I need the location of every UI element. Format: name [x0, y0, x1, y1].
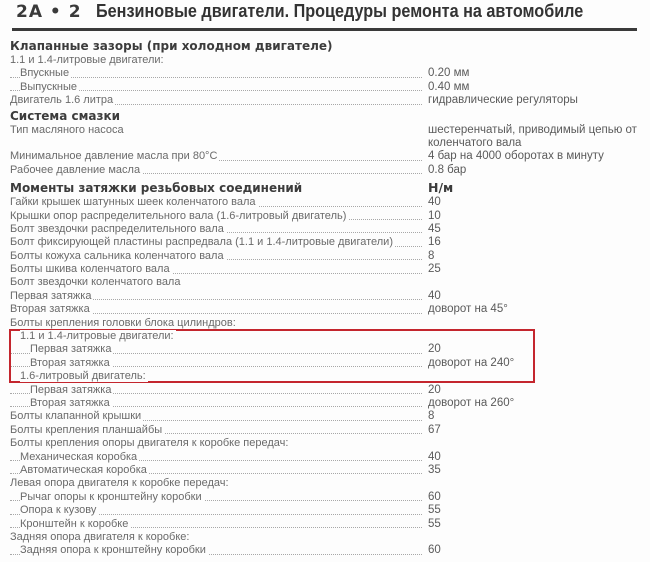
spec-label: Двигатель 1.6 литра [10, 94, 422, 107]
spec-label: Левая опора двигателя к коробке передач: [10, 477, 422, 490]
spec-label: Вторая затяжка [10, 303, 422, 316]
spec-row: Двигатель 1.6 литрагидравлические регуля… [10, 94, 640, 107]
spec-row: Болты кожуха сальника коленчатого вала8 [10, 250, 640, 263]
spec-value: шестеренчатый, приводимый цепью от колен… [428, 124, 643, 151]
spec-row: Задняя опора двигателя к коробке: [10, 531, 640, 544]
spec-row: Крышки опор распределительного вала (1.6… [10, 210, 640, 223]
spec-row: Вторая затяжкадоворот на 240° [10, 357, 640, 370]
spec-value: 60 [428, 544, 441, 557]
valve-clearances-list: 1.1 и 1.4-литровые двигатели:Впускные0.2… [10, 54, 640, 108]
spec-label-text: Вторая затяжка [30, 397, 112, 409]
spec-row: Опора к кузову55 [10, 504, 640, 517]
spec-row: Болты шкива коленчатого вала25 [10, 263, 640, 276]
spec-label: Болт звездочки коленчатого вала [10, 276, 422, 289]
spec-label: Впускные [10, 67, 422, 80]
spec-label: Болты крепления опоры двигателя к коробк… [10, 437, 422, 450]
spec-value: 20 [428, 343, 441, 356]
spec-label: Вторая затяжка [10, 357, 422, 370]
spec-value: 20 [428, 384, 441, 397]
section-title-lubrication: Система смазки [10, 108, 615, 124]
spec-label-text: Тип масляного насоса [10, 124, 126, 136]
spec-row: Болт звездочки распределительного вала45 [10, 223, 640, 236]
spec-label-text: Первая затяжка [30, 384, 113, 396]
spec-label: Крышки опор распределительного вала (1.6… [10, 210, 422, 223]
spec-label-text: Впускные [20, 67, 71, 79]
spec-value: доворот на 45° [428, 303, 508, 316]
spec-label: Первая затяжка [10, 290, 422, 303]
spec-value: 8 [428, 250, 434, 263]
spec-row: Минимальное давление масла при 80°С4 бар… [10, 150, 640, 163]
spec-label-text: Минимальное давление масла при 80°С [10, 150, 219, 162]
torque-header: Моменты затяжки резьбовых соединений Н/м [10, 180, 640, 196]
spec-label: Болт звездочки распределительного вала [10, 223, 422, 236]
spec-content: Клапанные зазоры (при холодном двигателе… [10, 38, 640, 558]
spec-row: Автоматическая коробка35 [10, 464, 640, 477]
spec-value: 0.40 мм [428, 81, 469, 94]
spec-row: Механическая коробка40 [10, 451, 640, 464]
spec-row: Первая затяжка20 [10, 384, 640, 397]
spec-label: Минимальное давление масла при 80°С [10, 150, 422, 163]
spec-label: Рычаг опоры к кронштейну коробки [10, 491, 422, 504]
spec-label: Опора к кузову [10, 504, 422, 517]
spec-label: Вторая затяжка [10, 397, 422, 410]
spec-value: 0.8 бар [428, 164, 466, 177]
section-title-valve-clearances: Клапанные зазоры (при холодном двигателе… [10, 38, 615, 54]
spec-label-text: Задняя опора двигателя к коробке: [10, 531, 191, 543]
spec-label-text: Первая затяжка [10, 290, 93, 302]
spec-value: 10 [428, 210, 441, 223]
spec-label-text: Двигатель 1.6 литра [10, 94, 115, 106]
spec-row: Первая затяжка20 [10, 343, 640, 356]
spec-label: Первая затяжка [10, 343, 422, 356]
page-header: 2A • 2 Бензиновые двигатели. Процедуры р… [12, 0, 637, 31]
spec-label-text: Задняя опора к кронштейну коробки [20, 544, 208, 556]
spec-label-text: Кронштейн к коробке [20, 518, 130, 530]
page-title: Бензиновые двигатели. Процедуры ремонта … [96, 1, 583, 22]
spec-label: Болт фиксирующей пластины распредвала (1… [10, 236, 422, 249]
spec-label-text: Крышки опор распределительного вала (1.6… [10, 210, 348, 222]
spec-label-text: Болты шкива коленчатого вала [10, 263, 172, 275]
spec-row: 1.1 и 1.4-литровые двигатели: [10, 54, 640, 67]
spec-row: Тип масляного насосашестеренчатый, приво… [10, 124, 640, 151]
spec-value: 55 [428, 504, 441, 517]
spec-value: 40 [428, 451, 441, 464]
spec-row: Первая затяжка40 [10, 290, 640, 303]
spec-label-text: Выпускные [20, 81, 79, 93]
spec-value: 40 [428, 196, 441, 209]
spec-row: Задняя опора к кронштейну коробки60 [10, 544, 640, 557]
spec-label-text: Механическая коробка [20, 451, 139, 463]
spec-label: Болты клапанной крышки [10, 410, 422, 423]
torque-unit: Н/м [428, 180, 453, 195]
spec-label: 1.1 и 1.4-литровые двигатели: [10, 330, 422, 343]
spec-label: Кронштейн к коробке [10, 518, 422, 531]
spec-label-text: Первая затяжка [30, 343, 113, 355]
spec-row: Болты крепления опоры двигателя к коробк… [10, 437, 640, 450]
section-code: 2A • 2 [16, 2, 82, 22]
spec-value: 55 [428, 518, 441, 531]
spec-row: Рабочее давление масла0.8 бар [10, 164, 640, 177]
spec-row: Кронштейн к коробке55 [10, 518, 640, 531]
spec-label-text: 1.6-литровый двигатель: [20, 370, 148, 382]
spec-value: 45 [428, 223, 441, 236]
spec-value: 16 [428, 236, 441, 249]
spec-label-text: Опора к кузову [20, 504, 98, 516]
spec-label: Автоматическая коробка [10, 464, 422, 477]
spec-label-text: Болт фиксирующей пластины распредвала (1… [10, 236, 395, 248]
spec-label-text: Рабочее давление масла [10, 164, 142, 176]
spec-value: 0.20 мм [428, 67, 469, 80]
spec-value: 25 [428, 263, 441, 276]
spec-row: Левая опора двигателя к коробке передач: [10, 477, 640, 490]
spec-label-text: Болт звездочки распределительного вала [10, 223, 226, 235]
section-title-torque: Моменты затяжки резьбовых соединений [10, 180, 615, 196]
spec-value: 67 [428, 424, 441, 437]
spec-label: Болты шкива коленчатого вала [10, 263, 422, 276]
spec-label-text: Болты клапанной крышки [10, 410, 143, 422]
spec-label: Задняя опора к кронштейну коробки [10, 544, 422, 557]
spec-label-text: Болты крепления планшайбы [10, 424, 164, 436]
spec-row: Болт звездочки коленчатого вала [10, 276, 640, 289]
lubrication-list: Тип масляного насосашестеренчатый, приво… [10, 124, 640, 178]
spec-row: Болты крепления планшайбы67 [10, 424, 640, 437]
spec-label: Болты крепления головки блока цилиндров: [10, 317, 422, 330]
spec-label-text: Автоматическая коробка [20, 464, 149, 476]
spec-label-text: Вторая затяжка [30, 357, 112, 369]
spec-label-text: Левая опора двигателя к коробке передач: [10, 477, 231, 489]
torque-list: Гайки крышек шатунных шеек коленчатого в… [10, 196, 640, 558]
spec-label: Гайки крышек шатунных шеек коленчатого в… [10, 196, 422, 209]
spec-label: Первая затяжка [10, 384, 422, 397]
spec-label: Рабочее давление масла [10, 164, 422, 177]
spec-label-text: 1.1 и 1.4-литровые двигатели: [20, 330, 176, 342]
spec-label-text: Болт звездочки коленчатого вала [10, 276, 182, 288]
spec-label: Болты крепления планшайбы [10, 424, 422, 437]
spec-row: Впускные0.20 мм [10, 67, 640, 80]
spec-value: 40 [428, 290, 441, 303]
spec-row: 1.6-литровый двигатель: [10, 370, 640, 383]
spec-label: 1.6-литровый двигатель: [10, 370, 422, 383]
spec-label-text: Болты кожуха сальника коленчатого вала [10, 250, 226, 262]
spec-label-text: Болты крепления опоры двигателя к коробк… [10, 437, 290, 449]
spec-row: Выпускные0.40 мм [10, 81, 640, 94]
spec-label-text: Рычаг опоры к кронштейну коробки [20, 491, 204, 503]
spec-row: Болты крепления головки блока цилиндров: [10, 317, 640, 330]
spec-row: Рычаг опоры к кронштейну коробки60 [10, 491, 640, 504]
spec-label: Болты кожуха сальника коленчатого вала [10, 250, 422, 263]
spec-value: 8 [428, 410, 434, 423]
spec-row: Болт фиксирующей пластины распредвала (1… [10, 236, 640, 249]
spec-row: 1.1 и 1.4-литровые двигатели: [10, 330, 640, 343]
spec-row: Болты клапанной крышки8 [10, 410, 640, 423]
spec-label: Выпускные [10, 81, 422, 94]
spec-value: доворот на 260° [428, 397, 514, 410]
spec-row: Гайки крышек шатунных шеек коленчатого в… [10, 196, 640, 209]
spec-label: 1.1 и 1.4-литровые двигатели: [10, 54, 422, 67]
spec-value: 60 [428, 491, 441, 504]
spec-label: Механическая коробка [10, 451, 422, 464]
spec-label-text: Гайки крышек шатунных шеек коленчатого в… [10, 196, 258, 208]
spec-label-text: 1.1 и 1.4-литровые двигатели: [10, 54, 166, 66]
spec-label: Задняя опора двигателя к коробке: [10, 531, 422, 544]
spec-label-text: Вторая затяжка [10, 303, 92, 315]
spec-label-text: Болты крепления головки блока цилиндров: [10, 317, 238, 329]
spec-label: Тип масляного насоса [10, 124, 422, 137]
spec-value: доворот на 240° [428, 357, 514, 370]
spec-row: Вторая затяжкадоворот на 260° [10, 397, 640, 410]
spec-row: Вторая затяжкадоворот на 45° [10, 303, 640, 316]
spec-value: гидравлические регуляторы [428, 94, 578, 107]
spec-value: 4 бар на 4000 оборотах в минуту [428, 150, 604, 163]
spec-value: 35 [428, 464, 441, 477]
